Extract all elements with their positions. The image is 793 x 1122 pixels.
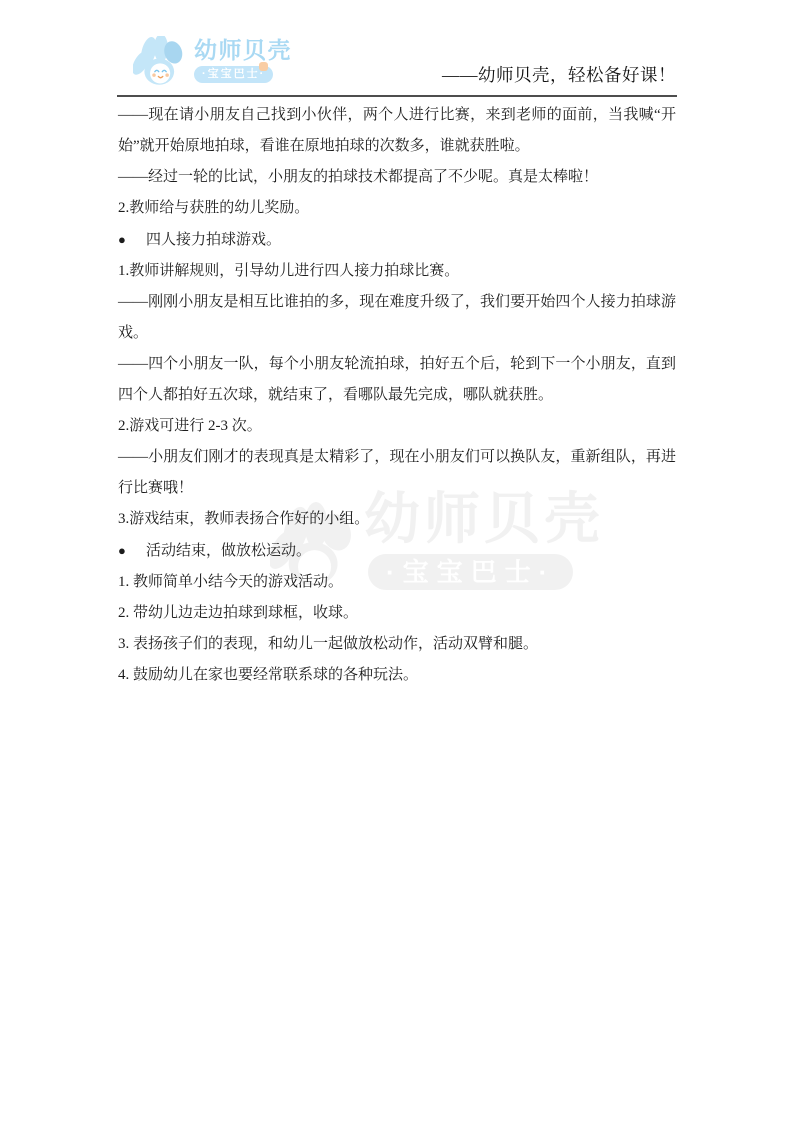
- paragraph: ——刚刚小朋友是相互比谁拍的多，现在难度升级了，我们要开始四个人接力拍球游戏。: [118, 287, 676, 349]
- document-body: ——现在请小朋友自己找到小伙伴，两个人进行比赛，来到老师的面前，当我喊“开始”就…: [118, 100, 676, 691]
- paragraph: ——小朋友们刚才的表现真是太精彩了，现在小朋友们可以换队友，重新组队，再进行比赛…: [118, 442, 676, 504]
- brand-logo: 幼师贝壳 ·宝宝巴士·: [133, 36, 292, 93]
- paragraph: 3. 表扬孩子们的表现，和幼儿一起做放松动作，活动双臂和腿。: [118, 629, 676, 660]
- paragraph: ——经过一轮的比试，小朋友的拍球技术都提高了不少呢。真是太棒啦！: [118, 162, 676, 193]
- paragraph: ——四个小朋友一队，每个小朋友轮流拍球，拍好五个后，轮到下一个小朋友，直到四个人…: [118, 349, 676, 411]
- section-bullet-item: ●活动结束，做放松运动。: [118, 535, 676, 567]
- header-rule: [117, 95, 677, 97]
- bullet-icon: ●: [118, 224, 146, 255]
- bullet-item-label: 四人接力拍球游戏。: [146, 232, 281, 248]
- paragraph: 2.教师给与获胜的幼儿奖励。: [118, 193, 676, 224]
- paragraph: 1. 教师简单小结今天的游戏活动。: [118, 567, 676, 598]
- paragraph: 1.教师讲解规则，引导幼儿进行四人接力拍球比赛。: [118, 256, 676, 287]
- logo-accent-dot: [259, 62, 268, 71]
- paragraph: 2.游戏可进行 2-3 次。: [118, 411, 676, 442]
- header-tagline: ——幼师贝壳，轻松备好课！: [442, 63, 676, 87]
- bullet-icon: ●: [118, 535, 146, 566]
- paragraph: 4. 鼓励幼儿在家也要经常联系球的各种玩法。: [118, 660, 676, 691]
- paragraph: ——现在请小朋友自己找到小伙伴，两个人进行比赛，来到老师的面前，当我喊“开始”就…: [118, 100, 676, 162]
- hand-shell-logo-icon: [133, 36, 189, 93]
- bullet-item-label: 活动结束，做放松运动。: [146, 543, 311, 559]
- brand-name: 幼师贝壳: [194, 37, 292, 63]
- section-bullet-item: ●四人接力拍球游戏。: [118, 224, 676, 256]
- paragraph: 2. 带幼儿边走边拍球到球框，收球。: [118, 598, 676, 629]
- paragraph: 3.游戏结束，教师表扬合作好的小组。: [118, 504, 676, 535]
